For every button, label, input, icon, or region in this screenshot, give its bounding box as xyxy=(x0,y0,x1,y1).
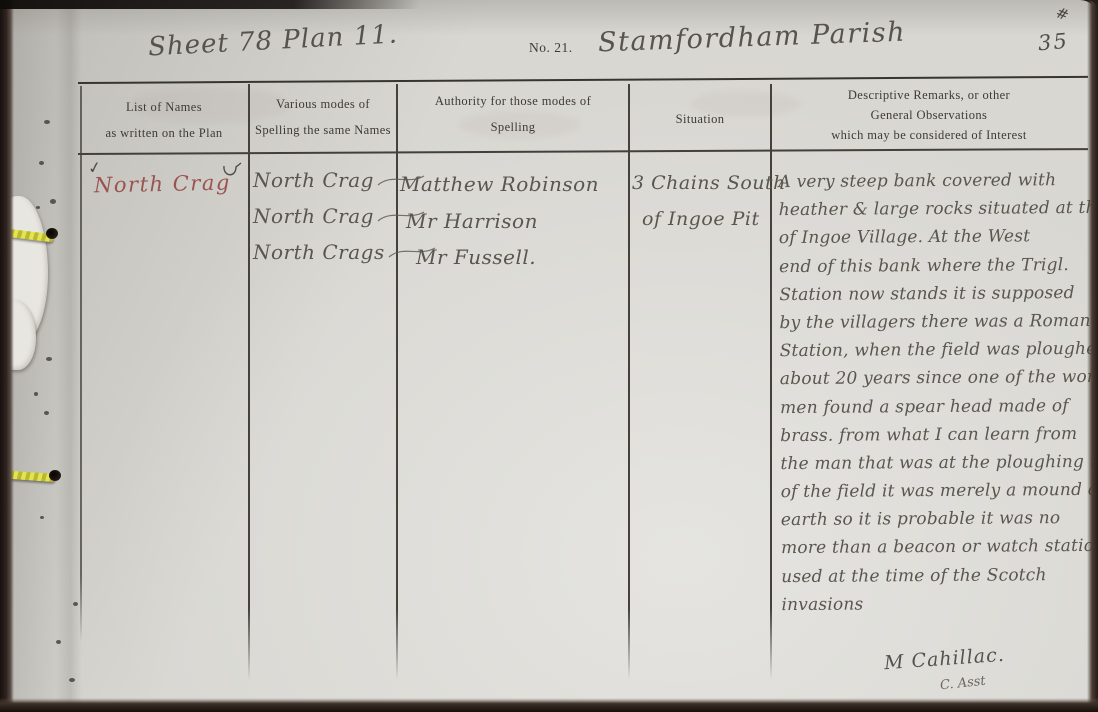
header-line: Descriptive Remarks, or other xyxy=(848,88,1010,102)
stitch-hole xyxy=(46,228,58,239)
puncture-mark xyxy=(44,411,49,415)
situation-text: of Ingoe Pit xyxy=(642,208,760,230)
puncture-mark xyxy=(40,516,44,519)
remarks-line: heather & large rocks situated at the si… xyxy=(779,198,1098,221)
header-line: Spelling the same Names xyxy=(255,123,391,137)
stitch-hole xyxy=(49,470,61,481)
surveyor-signature: M Cahillac. xyxy=(883,644,1005,674)
surveyor-signature-role: C. Asst xyxy=(939,674,986,694)
authority-text: Mr Harrison xyxy=(406,209,538,233)
remarks-line: the man that was at the ploughing up xyxy=(780,452,1098,474)
authority-text: Matthew Robinson xyxy=(400,172,599,196)
page-right-edge-shadow xyxy=(1087,0,1098,712)
puncture-mark xyxy=(46,357,52,361)
ledger-page: Sheet 78 Plan 11. No. 21. Stamfordham Pa… xyxy=(0,0,1098,712)
puncture-mark xyxy=(44,120,50,124)
parish-title: Stamfordham Parish xyxy=(598,17,907,59)
remarks-line: earth so it is probable it was no xyxy=(781,508,1061,530)
remarks-line: end of this bank where the Trigl. xyxy=(779,255,1069,277)
name-on-plan: North Crag xyxy=(94,171,231,198)
spelling-text: North Crag xyxy=(253,168,374,192)
header-line: as written on the Plan xyxy=(105,126,222,140)
puncture-mark xyxy=(56,640,61,644)
column-divider-3 xyxy=(628,84,630,680)
remarks-line: Station, when the field was ploughed xyxy=(780,339,1098,361)
puncture-mark xyxy=(36,206,40,209)
situation-text: 3 Chains South xyxy=(632,172,786,194)
remarks-line: about 20 years since one of the work xyxy=(780,367,1098,389)
page-top-edge-shadow xyxy=(0,0,420,9)
header-line: which may be considered of Interest xyxy=(831,128,1027,142)
page-bottom-edge-shadow xyxy=(0,698,1098,712)
situation-entry: 3 Chains South of Ingoe Pit xyxy=(632,172,786,244)
authority-names: Matthew Robinson Mr Harrison Mr Fussell. xyxy=(400,172,599,282)
column-header-remarks: Descriptive Remarks, or otherGeneral Obs… xyxy=(772,85,1086,145)
corner-tally-mark: # xyxy=(1053,3,1071,24)
remarks-line: by the villagers there was a Roman xyxy=(779,311,1090,333)
header-line: Situation xyxy=(676,112,725,126)
remarks-line: brass. from what I can learn from xyxy=(780,424,1077,446)
header-line: General Observations xyxy=(871,108,988,122)
descriptive-remarks: A very steep bank covered withheather & … xyxy=(778,170,1093,623)
authority-name: Mr Fussell. xyxy=(416,245,599,282)
table-top-rule xyxy=(78,76,1088,84)
table-left-rule xyxy=(80,86,82,642)
entry-number-label: No. 21. xyxy=(529,40,573,56)
table-header-rule xyxy=(78,148,1088,154)
header-line: Spelling xyxy=(491,120,536,134)
remarks-line: used at the time of the Scotch xyxy=(781,565,1047,587)
examiner-flourish xyxy=(220,162,244,184)
authority-text: Mr Fussell. xyxy=(416,245,536,269)
column-header-situation: Situation xyxy=(630,106,770,132)
remarks-line: A very steep bank covered with xyxy=(778,170,1056,192)
remarks-line: Station now stands it is supposed xyxy=(779,283,1075,305)
remarks-line: invasions xyxy=(781,594,863,615)
page-number: 35 xyxy=(1037,29,1070,56)
remarks-line: men found a spear head made of xyxy=(780,396,1069,418)
situation-line: 3 Chains South xyxy=(632,172,786,208)
puncture-mark xyxy=(73,602,78,606)
authority-name: Matthew Robinson xyxy=(400,172,599,209)
puncture-mark xyxy=(34,392,38,396)
remarks-line: more than a beacon or watch station xyxy=(781,536,1098,558)
puncture-mark xyxy=(50,199,56,204)
page-crease xyxy=(56,0,82,712)
authority-name: Mr Harrison xyxy=(406,209,599,246)
header-line: List of Names xyxy=(126,100,202,114)
spelling-text: North Crag xyxy=(253,204,374,228)
column-divider-1 xyxy=(248,84,250,680)
sheet-plan-note: Sheet 78 Plan 11. xyxy=(147,19,398,62)
column-header-spelling: Various modes ofSpelling the same Names xyxy=(250,91,396,143)
header-line: Various modes of xyxy=(276,97,370,111)
scanned-ledger-photo: Sheet 78 Plan 11. No. 21. Stamfordham Pa… xyxy=(0,0,1098,712)
remarks-line: of the field it was merely a mound of xyxy=(781,480,1098,502)
situation-line: of Ingoe Pit xyxy=(642,208,786,244)
spelling-text: North Crags xyxy=(253,240,385,264)
puncture-mark xyxy=(69,678,75,682)
book-spine-edge xyxy=(0,0,14,712)
remarks-line: of Ingoe Village. At the West xyxy=(779,227,1030,249)
header-line: Authority for those modes of xyxy=(435,94,591,108)
column-header-authority: Authority for those modes ofSpelling xyxy=(398,88,628,140)
puncture-mark xyxy=(39,161,44,165)
column-header-names: List of Namesas written on the Plan xyxy=(80,94,248,146)
